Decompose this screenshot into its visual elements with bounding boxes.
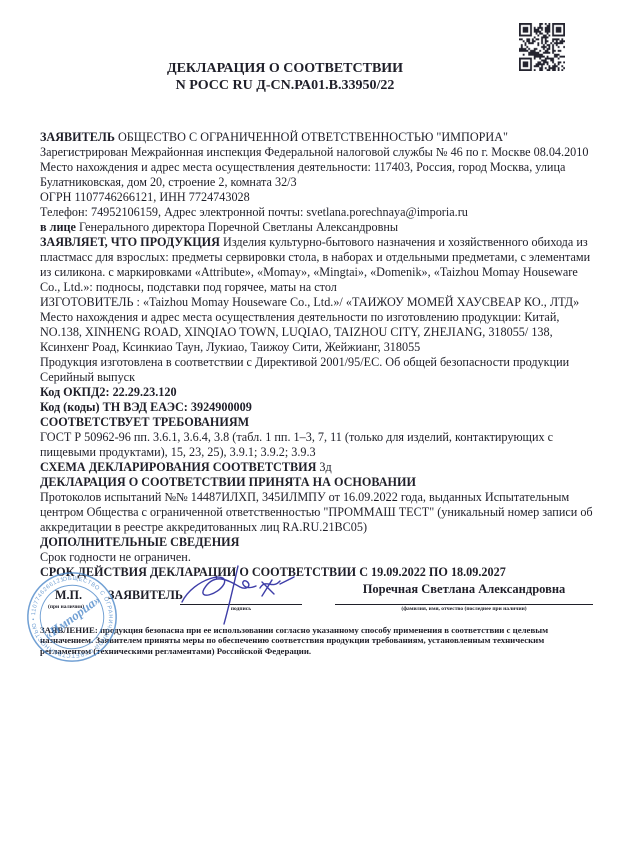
applicant-label: ЗАЯВИТЕЛЬ bbox=[40, 130, 115, 144]
represented-by-label: в лице bbox=[40, 220, 76, 234]
applicant-section: ЗАЯВИТЕЛЬ ОБЩЕСТВО С ОГРАНИЧЕННОЙ ОТВЕТС… bbox=[40, 130, 597, 235]
validity-section: СРОК ДЕЙСТВИЯ ДЕКЛАРАЦИИ О СООТВЕТСТВИИ … bbox=[40, 565, 597, 580]
additional-label: ДОПОЛНИТЕЛЬНЫЕ СВЕДЕНИЯ bbox=[40, 535, 239, 549]
signatory-name: Поречная Светлана Александровна bbox=[335, 582, 593, 605]
basis-label: ДЕКЛАРАЦИЯ О СООТВЕТСТВИИ ПРИНЯТА НА ОСН… bbox=[40, 475, 416, 489]
applicant-contacts: Телефон: 74952106159, Адрес электронной … bbox=[40, 205, 468, 219]
manufacturer-name: «Taizhou Momay Houseware Co., Ltd.»/ «ТА… bbox=[143, 295, 579, 309]
additional-text: Срок годности не ограничен. bbox=[40, 550, 191, 564]
compliance-label: СООТВЕТСТВУЕТ ТРЕБОВАНИЯМ bbox=[40, 415, 249, 429]
signature-caption: подпись bbox=[180, 606, 302, 612]
represented-by-text: Генерального директора Поречной Светланы… bbox=[79, 220, 398, 234]
basis-section: ДЕКЛАРАЦИЯ О СООТВЕТСТВИИ ПРИНЯТА НА ОСН… bbox=[40, 475, 597, 535]
declares-section: ЗАЯВЛЯЕТ, ЧТО ПРОДУКЦИЯ Изделия культурн… bbox=[40, 235, 597, 295]
applicant-name: ОБЩЕСТВО С ОГРАНИЧЕННОЙ ОТВЕТСТВЕННОСТЬЮ… bbox=[118, 130, 508, 144]
applicant-registration: Зарегистрирован Межрайонная инспекция Фе… bbox=[40, 145, 588, 159]
tnved-code: Код (коды) ТН ВЭД ЕАЭС: 3924900009 bbox=[40, 400, 252, 414]
declaration-number: N РОСС RU Д-CN.РА01.В.33950/22 bbox=[30, 77, 540, 94]
additional-section: ДОПОЛНИТЕЛЬНЫЕ СВЕДЕНИЯ Срок годности не… bbox=[40, 535, 597, 565]
signature-line bbox=[180, 582, 302, 605]
signature-area: М.П. (при наличии) ЗАЯВИТЕЛЬ подпись Пор… bbox=[40, 582, 597, 630]
scheme-section: СХЕМА ДЕКЛАРИРОВАНИЯ СООТВЕТСТВИЯ 3д bbox=[40, 460, 597, 475]
codes-section: Код ОКПД2: 22.29.23.120 Код (коды) ТН ВЭ… bbox=[40, 385, 597, 415]
validity-text: СРОК ДЕЙСТВИЯ ДЕКЛАРАЦИИ О СООТВЕТСТВИИ … bbox=[40, 565, 506, 579]
signatory-name-caption: (фамилия, имя, отчество (последнее при н… bbox=[335, 606, 593, 612]
document-title: ДЕКЛАРАЦИЯ О СООТВЕТСТВИИ N РОСС RU Д-CN… bbox=[30, 60, 540, 94]
manufacturer-directive: Продукция изготовлена в соответствии с Д… bbox=[40, 355, 569, 369]
title-line: ДЕКЛАРАЦИЯ О СООТВЕТСТВИИ bbox=[30, 60, 540, 77]
basis-text: Протоколов испытаний №№ 14487ИЛХП, 345ИЛ… bbox=[40, 490, 593, 534]
manufacturer-label: ИЗГОТОВИТЕЛЬ : bbox=[40, 295, 140, 309]
seal-note: (при наличии) bbox=[48, 604, 84, 610]
applicant-signature-label: ЗАЯВИТЕЛЬ bbox=[108, 588, 183, 603]
manufacturer-address: Место нахождения и адрес места осуществл… bbox=[40, 310, 559, 354]
gost-text: ГОСТ Р 50962-96 пп. 3.6.1, 3.6.4, 3.8 (т… bbox=[40, 430, 553, 459]
statement-text: ЗАЯВЛЕНИЕ: продукция безопасна при ее ис… bbox=[40, 625, 588, 657]
compliance-section: СООТВЕТСТВУЕТ ТРЕБОВАНИЯМ ГОСТ Р 50962-9… bbox=[40, 415, 597, 460]
declaration-page: ДЕКЛАРАЦИЯ О СООТВЕТСТВИИ N РОСС RU Д-CN… bbox=[0, 0, 633, 852]
scheme-value: 3д bbox=[319, 460, 331, 474]
scheme-label: СХЕМА ДЕКЛАРИРОВАНИЯ СООТВЕТСТВИЯ bbox=[40, 460, 316, 474]
applicant-ogrn-inn: ОГРН 1107746266121, ИНН 7724743028 bbox=[40, 190, 250, 204]
manufacturer-section: ИЗГОТОВИТЕЛЬ : «Taizhou Momay Houseware … bbox=[40, 295, 597, 385]
applicant-address: Место нахождения и адрес места осуществл… bbox=[40, 160, 565, 189]
seal-placeholder: М.П. bbox=[55, 588, 82, 603]
okpd2-code: Код ОКПД2: 22.29.23.120 bbox=[40, 385, 177, 399]
document-body: ЗАЯВИТЕЛЬ ОБЩЕСТВО С ОГРАНИЧЕННОЙ ОТВЕТС… bbox=[40, 130, 597, 580]
declares-label: ЗАЯВЛЯЕТ, ЧТО ПРОДУКЦИЯ bbox=[40, 235, 220, 249]
serial-issue: Серийный выпуск bbox=[40, 370, 135, 384]
